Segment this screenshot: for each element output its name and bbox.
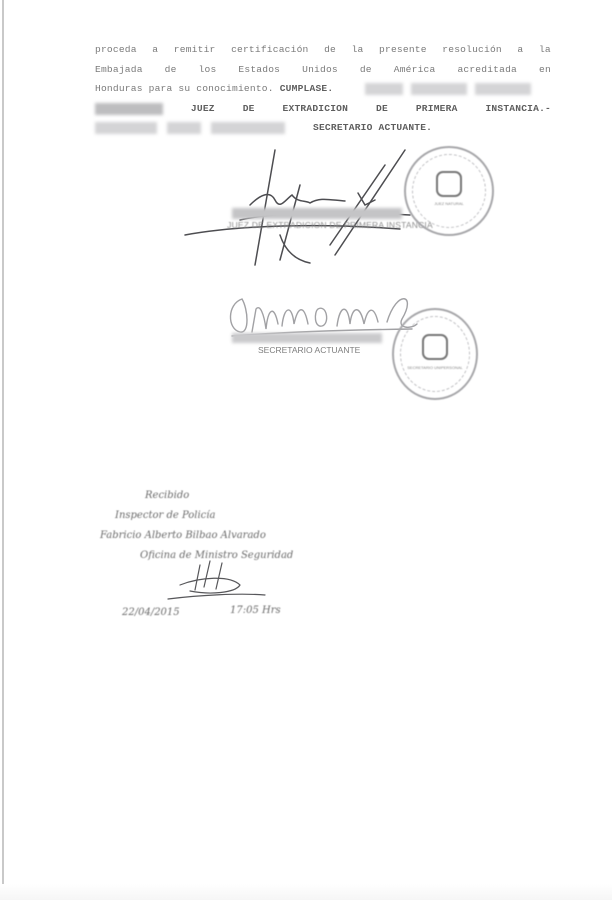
word: los (199, 60, 217, 80)
page-left-edge (2, 0, 4, 900)
word: de (324, 40, 336, 60)
word: América (394, 60, 436, 80)
court-emblem-icon (422, 334, 448, 360)
redacted-judge-name (95, 103, 163, 115)
word: de (360, 60, 372, 80)
handwritten-received: Recibido (145, 490, 189, 501)
handwritten-name: Fabricio Alberto Bilbao Alvarado (100, 530, 266, 541)
word: la (539, 40, 551, 60)
word: PRIMERA (416, 99, 458, 119)
secretary-title-text: SECRETARIO ACTUANTE. (313, 118, 432, 138)
word: EXTRADICION (283, 99, 349, 119)
word: INSTANCIA.- (485, 99, 551, 119)
redacted-secretary-name (95, 122, 157, 134)
court-emblem-icon (436, 171, 462, 197)
redacted-secretary-name (211, 122, 285, 134)
word: JUEZ (191, 99, 215, 119)
body-line-1: proceda a remitir certificación de la pr… (95, 40, 551, 60)
word: DE (243, 99, 255, 119)
stamp-caption: SECRETARIO UNIPERSONAL (394, 365, 476, 370)
handwritten-date: 22/04/2015 (122, 607, 180, 618)
body-line-3: Honduras para su conocimiento. CUMPLASE. (95, 79, 551, 99)
body-text-fragment: Honduras para su conocimiento. (95, 79, 274, 99)
stamp-caption: JUEZ NATURAL (406, 201, 492, 206)
court-stamp-secretary: SECRETARIO UNIPERSONAL (392, 308, 478, 400)
receiver-signature (160, 555, 270, 605)
word: en (539, 60, 551, 80)
word: Unidos (302, 60, 338, 80)
handwritten-time: 17:05 Hrs (230, 605, 281, 616)
word: remitir (174, 40, 216, 60)
redacted-name (365, 83, 403, 95)
judge-line: JUEZ DE EXTRADICION DE PRIMERA INSTANCIA… (95, 99, 551, 119)
document-body: proceda a remitir certificación de la pr… (95, 40, 551, 138)
word: Embajada (95, 60, 143, 80)
word: presente (379, 40, 427, 60)
word: a (152, 40, 158, 60)
secretary-line: SECRETARIO ACTUANTE. (95, 118, 551, 138)
word: acreditada (457, 60, 517, 80)
redacted-name (411, 83, 467, 95)
body-line-2: Embajada de los Estados Unidos de Améric… (95, 60, 551, 80)
word: de (165, 60, 177, 80)
redacted-secretary-name (167, 122, 201, 134)
page-bottom-edge (0, 884, 612, 900)
court-stamp-judge: JUEZ NATURAL (404, 146, 494, 236)
word: Estados (238, 60, 280, 80)
word: proceda (95, 40, 137, 60)
word: DE (376, 99, 388, 119)
word: certificación (231, 40, 308, 60)
word: a (517, 40, 523, 60)
redacted-name (475, 83, 531, 95)
word: resolución (442, 40, 502, 60)
redacted-judge-signature-name (232, 208, 402, 219)
handwritten-rank: Inspector de Policía (115, 510, 215, 521)
word: la (352, 40, 364, 60)
secretary-signature-caption: SECRETARIO ACTUANTE (258, 345, 360, 355)
cumplase-text: CUMPLASE. (280, 79, 334, 99)
redacted-secretary-signature-name (232, 333, 382, 343)
